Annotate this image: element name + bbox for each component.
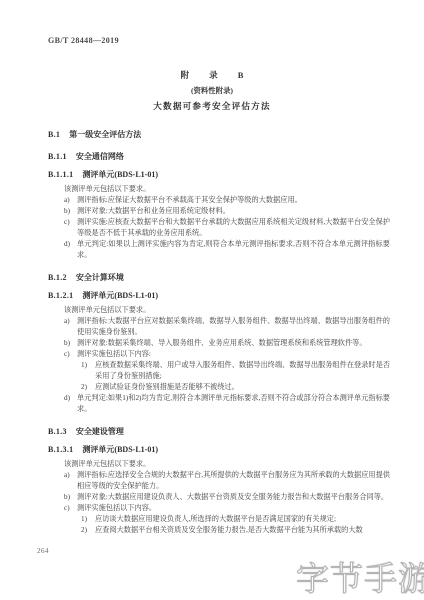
list-text: 测评指标:应保证大数据平台不承载高于其安全保护等级的大数据应用。 <box>77 195 390 206</box>
list-text: 应查阅大数据平台相关资质及安全服务能力报告,是否大数据平台能为其所承载的大数 <box>95 525 390 536</box>
list-text: 测评对象:数据采集终端、导入服务组件、业务应用系统、数据管理系统和系统管理软件等… <box>77 338 390 349</box>
list-text: 测评对象:大数据应用建设负责人、大数据平台资质及安全服务能力报告和大数据平台服务… <box>77 492 390 503</box>
sub-list-item: 1) 应核查数据采集终端、用户或导入服务组件、数据导出终端、数据导出服务组件在登… <box>81 360 390 382</box>
list-text: 测评对象:大数据平台和业务应用系统定级材料。 <box>77 206 390 217</box>
list-text: 测评实施:应核查大数据平台和大数据平台承载的大数据应用系统相关定级材料,大数据平… <box>77 217 390 239</box>
list-text: 应测试验证身份鉴别措施是否能够不被绕过。 <box>95 382 390 393</box>
section-title: 安全通信网络 <box>76 152 124 161</box>
appendix-header: 附 录 B (资料性附录) 大数据可参考安全评估方法 <box>48 69 376 112</box>
list-item: a) 测评指标:应保证大数据平台不承载高于其安全保护等级的大数据应用。 <box>64 195 390 206</box>
list-marker: 1) <box>81 514 95 525</box>
list-marker: a) <box>64 316 77 338</box>
section-title: 测评单元(BDS-L1-01) <box>82 291 158 300</box>
section-number: B.1.2.1 <box>48 291 73 300</box>
appendix-title: 大数据可参考安全评估方法 <box>48 100 376 112</box>
section-number: B.1 <box>48 130 60 139</box>
list-item: c) 测评实施:应核查大数据平台和大数据平台承载的大数据应用系统相关定级材料,大… <box>64 217 390 239</box>
list-item: b) 测评对象:大数据平台和业务应用系统定级材料。 <box>64 206 390 217</box>
section-title: 测评单元(BDS-L1-01) <box>82 170 158 179</box>
list-marker: d) <box>64 239 77 261</box>
section-title: 第一级安全评估方法 <box>69 130 141 139</box>
sub-list-item: 2) 应查阅大数据平台相关资质及安全服务能力报告,是否大数据平台能为其所承载的大… <box>81 525 390 536</box>
list-item: a) 测评指标:大数据平台应对数据采集终端、数据导入服务组件、数据导出终端、数据… <box>64 316 390 338</box>
unit-intro: 该测评单元包括以下要求。 <box>64 184 390 195</box>
list-item: a) 测评指标:应选择安全合规的大数据平台,其所提供的大数据平台服务应为其所承载… <box>64 470 390 492</box>
list-item: c) 测评实施包括以下内容: <box>64 349 390 360</box>
list-item: c) 测评实施包括以下内容。 <box>64 503 390 514</box>
section-number: B.1.1.1 <box>48 170 73 179</box>
watermark-text: 字节手游网 <box>296 553 424 600</box>
sub-list-item: 1) 应访谈大数据应用建设负责人,所选择的大数据平台是否满足国家的有关规定; <box>81 514 390 525</box>
list-marker: c) <box>64 503 77 514</box>
section-number: B.1.2 <box>48 273 67 282</box>
list-marker: a) <box>64 195 77 206</box>
section-heading-b131: B.1.3.1测评单元(BDS-L1-01) <box>48 444 390 455</box>
list-marker: a) <box>64 470 77 492</box>
page-number: 264 <box>37 547 49 555</box>
list-marker: 2) <box>81 525 95 536</box>
list-item: d) 单元判定:如果1)和2)均为肯定,则符合本测评单元指标要求,否则不符合或部… <box>64 393 390 415</box>
section-title: 安全计算环境 <box>76 273 124 282</box>
unit-intro: 该测评单元包括以下要求。 <box>64 305 390 316</box>
list-item: b) 测评对象:数据采集终端、导入服务组件、业务应用系统、数据管理系统和系统管理… <box>64 338 390 349</box>
list-marker: d) <box>64 393 77 415</box>
list-marker: c) <box>64 349 77 360</box>
list-item: d) 单元判定:如果以上测评实施内容为肯定,则符合本单元测评指标要求,否则不符合… <box>64 239 390 261</box>
list-text: 测评指标:大数据平台应对数据采集终端、数据导入服务组件、数据导出终端、数据导出服… <box>77 316 390 338</box>
section-heading-b1: B.1第一级安全评估方法 <box>48 129 390 140</box>
list-text: 应核查数据采集终端、用户或导入服务组件、数据导出终端、数据导出服务组件在登录时是… <box>95 360 390 382</box>
list-text: 单元判定:如果1)和2)均为肯定,则符合本测评单元指标要求,否则不符合或部分符合… <box>77 393 390 415</box>
list-text: 应访谈大数据应用建设负责人,所选择的大数据平台是否满足国家的有关规定; <box>95 514 390 525</box>
section-number: B.1.3.1 <box>48 445 73 454</box>
list-text: 单元判定:如果以上测评实施内容为肯定,则符合本单元测评指标要求,否则不符合本单元… <box>77 239 390 261</box>
section-heading-b111: B.1.1.1测评单元(BDS-L1-01) <box>48 169 390 180</box>
section-title: 测评单元(BDS-L1-01) <box>82 445 158 454</box>
section-heading-b13: B.1.3安全建设管理 <box>48 426 390 437</box>
section-heading-b12: B.1.2安全计算环境 <box>48 272 390 283</box>
list-text: 测评指标:应选择安全合规的大数据平台,其所提供的大数据平台服务应为其所承载的大数… <box>77 470 390 492</box>
list-marker: b) <box>64 206 77 217</box>
list-marker: b) <box>64 338 77 349</box>
section-number: B.1.3 <box>48 427 67 436</box>
appendix-note: (资料性附录) <box>48 85 376 96</box>
section-heading-b11: B.1.1安全通信网络 <box>48 151 390 162</box>
list-marker: c) <box>64 217 77 239</box>
unit-intro: 该测评单元包括以下要求。 <box>64 459 390 470</box>
section-title: 安全建设管理 <box>76 427 124 436</box>
list-text: 测评实施包括以下内容。 <box>77 503 390 514</box>
standard-number: GB/T 28448—2019 <box>48 36 390 45</box>
list-item: b) 测评对象:大数据应用建设负责人、大数据平台资质及安全服务能力报告和大数据平… <box>64 492 390 503</box>
list-marker: 1) <box>81 360 95 382</box>
sub-list-item: 2) 应测试验证身份鉴别措施是否能够不被绕过。 <box>81 382 390 393</box>
list-text: 测评实施包括以下内容: <box>77 349 390 360</box>
section-heading-b121: B.1.2.1测评单元(BDS-L1-01) <box>48 290 390 301</box>
list-marker: b) <box>64 492 77 503</box>
section-number: B.1.1 <box>48 152 67 161</box>
appendix-label: 附 录 B <box>48 69 376 81</box>
list-marker: 2) <box>81 382 95 393</box>
document-page: GB/T 28448—2019 附 录 B (资料性附录) 大数据可参考安全评估… <box>0 0 424 600</box>
